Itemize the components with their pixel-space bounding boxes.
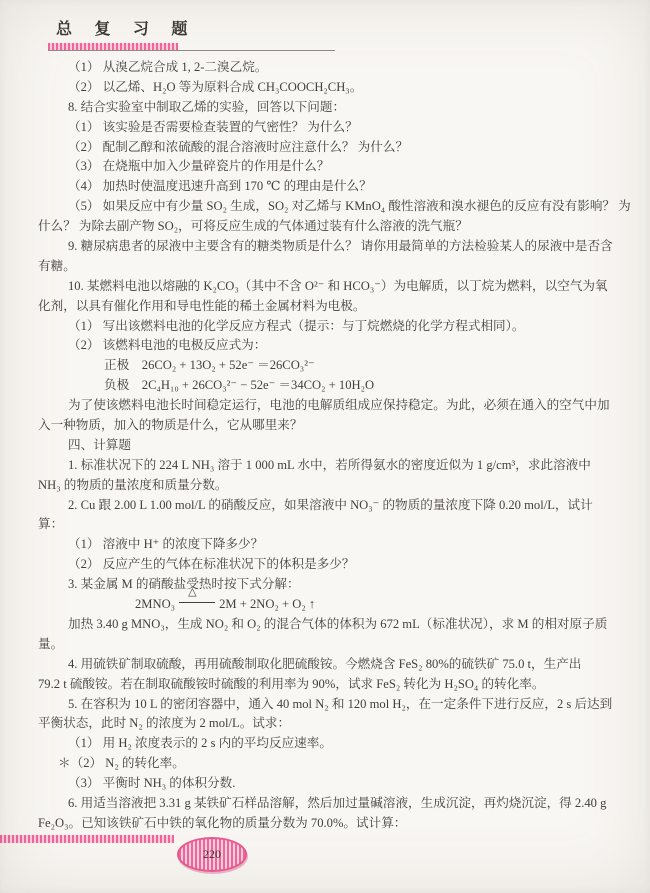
text-line: 平衡状态，此时 N₂ 的浓度为 2 mol/L。试求： <box>38 714 624 734</box>
text-line: （2） 反应产生的气体在标准状况下的体积是多少？ <box>38 555 624 575</box>
text-line: 入一种物质，加入的物质是什么，它从哪里来？ <box>38 416 624 436</box>
text-line: （4） 加热时使温度迅速升高到 170 ℃ 的理由是什么？ <box>38 177 624 197</box>
page-number: 220 <box>203 847 221 862</box>
text-line: 正极 26CO₂ + 13O₂ + 52e⁻ ＝26CO₃²⁻ <box>38 356 624 376</box>
page-title: 总 复 习 题 <box>56 16 196 39</box>
equation-left: 2MNO₃ <box>135 597 175 611</box>
heat-triangle-icon: △ <box>188 587 196 598</box>
text-line: （1） 写出该燃料电池的化学反应方程式（提示：与丁烷燃烧的化学方程式相同）。 <box>38 317 624 337</box>
text-line: （1） 用 H₂ 浓度表示的 2 s 内的平均反应速率。 <box>38 734 624 754</box>
text-line: （1） 从溴乙烷合成 1, 2-二溴乙烷。 <box>38 58 624 78</box>
text-line: 8. 结合实验室中制取乙烯的实验，回答以下问题： <box>38 98 624 118</box>
textbook-page: 总 复 习 题 （1） 从溴乙烷合成 1, 2-二溴乙烷。（2） 以乙烯、H₂O… <box>0 0 650 893</box>
text-line: 四、计算题 <box>38 436 624 456</box>
text-line: 4. 用硫铁矿制取硫酸，再用硫酸制取化肥硫酸铵。今燃烧含 FeS₂ 80%的硫铁… <box>38 655 624 675</box>
reaction-arrow-icon: △ <box>179 602 215 605</box>
text-line: （2） 该燃料电池的电极反应式为： <box>38 336 624 356</box>
text-line: 算： <box>38 515 624 535</box>
text-line: 5. 在容积为 10 L 的密闭容器中，通入 40 mol N₂ 和 120 m… <box>38 695 624 715</box>
text-line: 有糖。 <box>38 257 624 277</box>
text-line: 什么？ 为除去副产物 SO₂，可将反应生成的气体通过装有什么溶液的洗气瓶？ <box>38 217 624 237</box>
text-line: （1） 该实验是否需要检查装置的气密性？ 为什么？ <box>38 118 624 138</box>
text-line: 6. 用适当溶液把 3.31 g 某铁矿石样品溶解，然后加过量碱溶液，生成沉淀，… <box>38 794 624 814</box>
text-line: 负极 2C₄H₁₀ + 26CO₃²⁻ − 52e⁻ ＝34CO₂ + 10H₂… <box>38 376 624 396</box>
text-line: ＊（2） N₂ 的转化率。 <box>38 754 624 774</box>
text-line: （2） 配制乙醇和浓硫酸的混合溶液时应注意什么？ 为什么？ <box>38 138 624 158</box>
text-line: 10. 某燃料电池以熔融的 K₂CO₃（其中不含 O²⁻ 和 HCO₃⁻）为电解… <box>38 277 624 297</box>
text-line: 3. 某金属 M 的硝酸盐受热时按下式分解： <box>38 575 624 595</box>
text-line: 为了使该燃料电池长时间稳定运行，电池的电解质组成应保持稳定。为此，必须在通入的空… <box>38 396 624 416</box>
chemical-equation: 2MNO₃△2M + 2NO₂ + O₂ ↑ <box>38 595 624 615</box>
text-line: 9. 糖尿病患者的尿液中主要含有的糖类物质是什么？ 请你用最简单的方法检验某人的… <box>38 237 624 257</box>
text-line: 79.2 t 硫酸铵。若在制取硫酸铵时硫酸的利用率为 90%，试求 FeS₂ 转… <box>38 675 624 695</box>
question-lines: （1） 从溴乙烷合成 1, 2-二溴乙烷。（2） 以乙烯、H₂O 等为原料合成 … <box>38 58 624 834</box>
text-line: NH₃ 的物质的量浓度和质量分数。 <box>38 476 624 496</box>
footer-accent-bar <box>0 835 174 843</box>
page-number-badge: 220 <box>177 837 247 872</box>
text-line: 化剂，以具有催化作用和导电性能的稀土金属材料为电极。 <box>38 297 624 317</box>
text-line: （5） 如果反应中有少量 SO₂ 生成，SO₂ 对乙烯与 KMnO₄ 酸性溶液和… <box>38 197 624 217</box>
header-rule <box>48 50 335 51</box>
text-line: 量。 <box>38 635 624 655</box>
text-line: 2. Cu 跟 2.00 L 1.00 mol/L 的硝酸反应，如果溶液中 NO… <box>38 496 624 516</box>
text-line: （3） 在烧瓶中加入少量碎瓷片的作用是什么？ <box>38 157 624 177</box>
text-line: （2） 以乙烯、H₂O 等为原料合成 CH₃COOCH₂CH₃。 <box>38 78 624 98</box>
text-line: 加热 3.40 g MNO₃，生成 NO₂ 和 O₂ 的混合气体的体积为 672… <box>38 615 624 635</box>
text-line: Fe₂O₃。已知该铁矿石中铁的氧化物的质量分数为 70.0%。试计算： <box>38 814 624 834</box>
text-line: （3） 平衡时 NH₃ 的体积分数. <box>38 774 624 794</box>
text-line: （1） 溶液中 H⁺ 的浓度下降多少？ <box>38 535 624 555</box>
text-line: 1. 标准状况下的 224 L NH₃ 溶于 1 000 mL 水中，若所得氨水… <box>38 456 624 476</box>
equation-right: 2M + 2NO₂ + O₂ ↑ <box>219 597 315 611</box>
header-accent-bar <box>48 43 178 50</box>
